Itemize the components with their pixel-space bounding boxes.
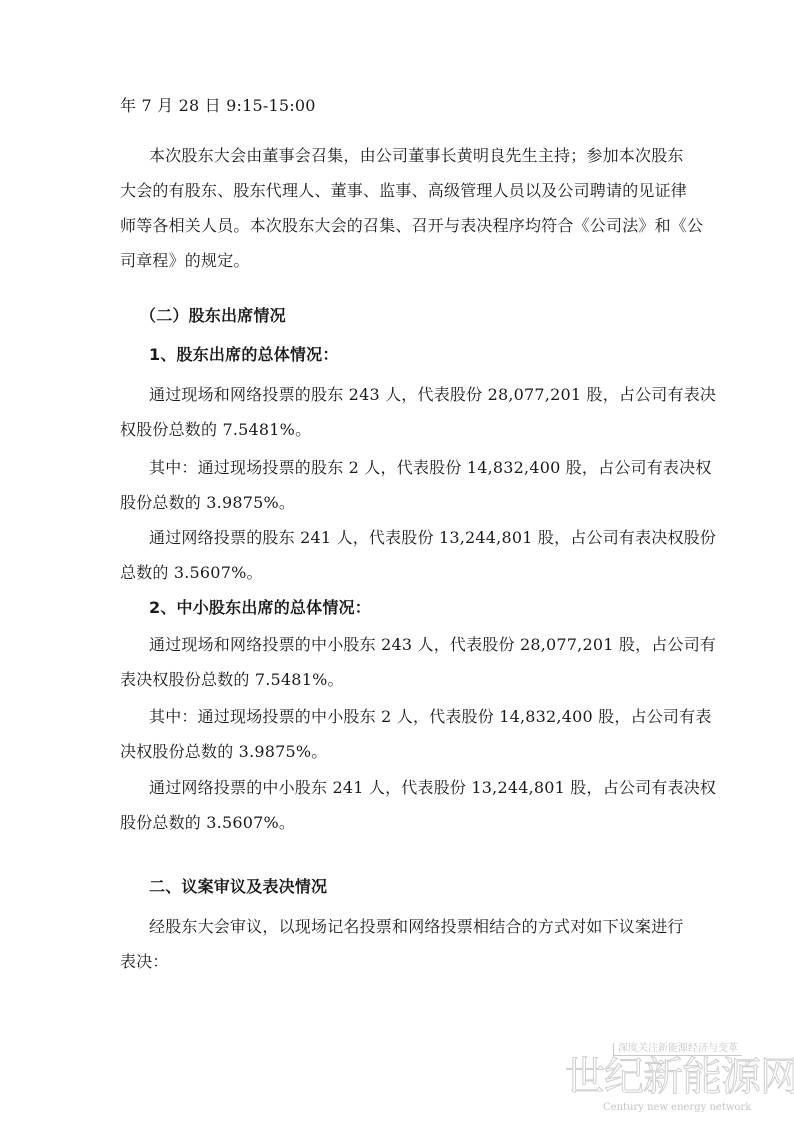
- paragraph-line: 表决权股份总数的 7.5481%。: [120, 670, 344, 690]
- watermark-title: 世纪新能源网: [565, 1055, 794, 1099]
- paragraph-line: 通过网络投票的中小股东 241 人，代表股份 13,244,801 股，占公司有…: [149, 778, 716, 798]
- paragraph-line: 本次股东大会由董事会召集，由公司董事长黄明良先生主持；参加本次股东: [149, 146, 684, 166]
- paragraph-line: 通过现场和网络投票的股东 243 人，代表股份 28,077,201 股，占公司…: [149, 385, 716, 405]
- watermark-subtitle: Century new energy network: [603, 1102, 751, 1114]
- section-heading: 1、股东出席的总体情况：: [149, 345, 339, 365]
- watermark: 深度关注新能源经济与变革 世纪新能源网 Century new energy n…: [565, 1040, 790, 1120]
- paragraph-line: 总数的 3.5607%。: [120, 563, 263, 583]
- section-heading: 2、中小股东出席的总体情况：: [149, 598, 371, 618]
- paragraph-line: 通过现场和网络投票的中小股东 243 人，代表股份 28,077,201 股，占…: [149, 635, 716, 655]
- document-page: 年 7 月 28 日 9:15-15:00本次股东大会由董事会召集，由公司董事长…: [0, 0, 794, 1123]
- paragraph-line: 年 7 月 28 日 9:15-15:00: [120, 96, 316, 116]
- paragraph-line: 经股东大会审议，以现场记名投票和网络投票相结合的方式对如下议案进行: [149, 917, 684, 937]
- paragraph-line: 通过网络投票的股东 241 人，代表股份 13,244,801 股，占公司有表决…: [149, 528, 716, 548]
- paragraph-line: 其中：通过现场投票的中小股东 2 人，代表股份 14,832,400 股，占公司…: [149, 707, 712, 727]
- paragraph-line: 表决：: [120, 952, 169, 972]
- paragraph-line: 大会的有股东、股东代理人、董事、监事、高级管理人员以及公司聘请的见证律: [120, 181, 687, 201]
- paragraph-line: 师等各相关人员。本次股东大会的召集、召开与表决程序均符合《公司法》和《公: [120, 216, 703, 236]
- paragraph-line: 权股份总数的 7.5481%。: [120, 420, 311, 440]
- paragraph-line: 决权股份总数的 3.9875%。: [120, 742, 327, 762]
- paragraph-line: 股份总数的 3.9875%。: [120, 493, 295, 513]
- paragraph-line: 司章程》的规定。: [120, 251, 250, 271]
- paragraph-line: 股份总数的 3.5607%。: [120, 813, 295, 833]
- section-heading: 二、议案审议及表决情况: [149, 877, 327, 897]
- section-heading: （二）股东出席情况: [140, 306, 286, 326]
- paragraph-line: 其中：通过现场投票的股东 2 人，代表股份 14,832,400 股，占公司有表…: [149, 458, 712, 478]
